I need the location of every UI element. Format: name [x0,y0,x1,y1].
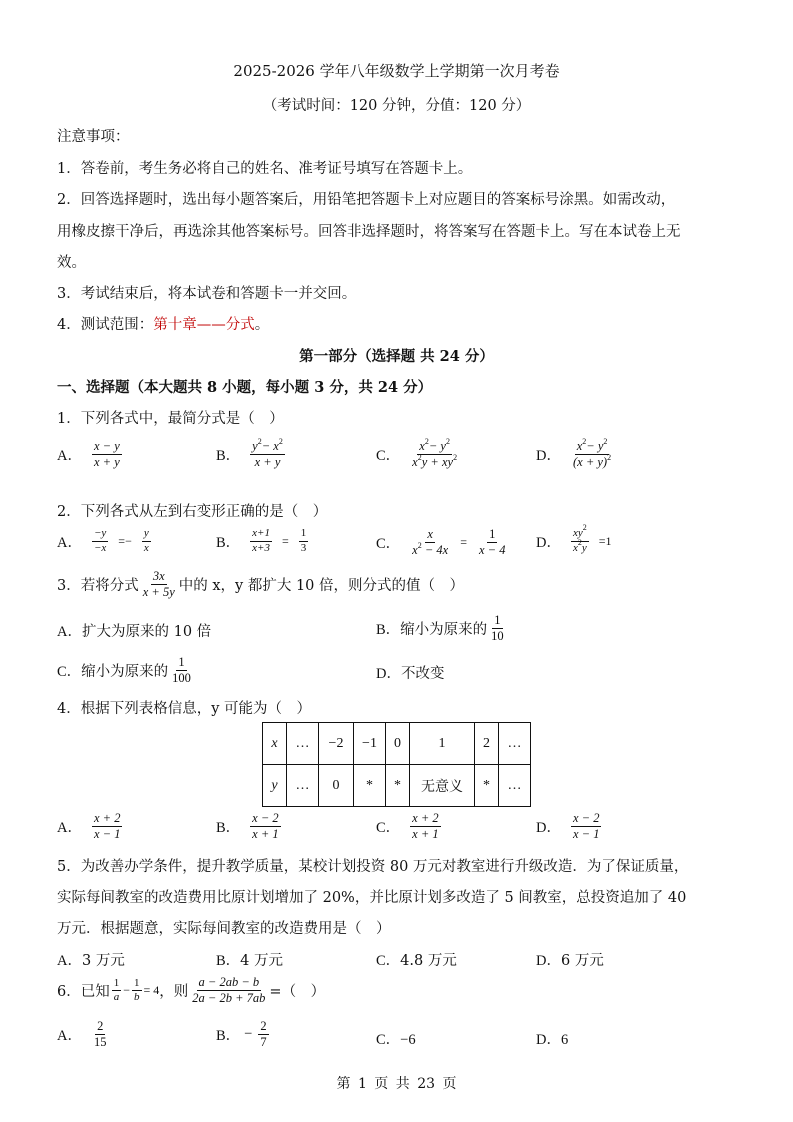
question-4: 4．根据下列表格信息，y 可能为（ ） [57,697,311,718]
q6-option-d[interactable]: D．6 [536,1028,568,1049]
q1-option-d[interactable]: D． x2− y2(x + y)2 [536,440,615,469]
question-2: 2．下列各式从左到右变形正确的是（ ） [57,500,327,521]
part1-heading: 第一部分（选择题 共 24 分） [0,345,793,366]
q2-option-d[interactable]: D． xy2x2y=1 [536,528,612,554]
q4-option-a[interactable]: A． x + 2x − 1 [57,812,124,841]
question-1: 1．下列各式中，最简分式是（ ） [57,407,284,428]
notice-heading: 注意事项： [57,125,130,146]
q6-option-c[interactable]: C．−6 [376,1028,416,1049]
notice-item-2-cont: 用橡皮擦干净后，再选涂其他答案标号。回答非选择题时，将答案写在答题卡上。写在本试… [57,220,681,241]
question-3: 3．若将分式 3xx + 5y 中的 x，y 都扩大 10 倍，则分式的值（ ） [57,570,464,599]
q6-option-a[interactable]: A． 215 [57,1020,110,1049]
q3-fraction: 3xx + 5y [141,570,177,599]
scope-value: 第十章——分式 [153,317,255,333]
q2b-expr: x+1x+3 [250,528,272,554]
q6-option-b[interactable]: B． − 27 [216,1020,271,1049]
exam-subtitle: （考试时间：120 分钟，分值：120 分） [0,94,793,115]
question-6: 6．已知 1a−1b= 4 ，则 a − 2ab − b2a − 2b + 7a… [57,976,325,1005]
scope-prefix: 4．测试范围： [57,317,153,333]
q3-option-a[interactable]: A．扩大为原来的 10 倍 [57,620,211,641]
notice-item-4: 4．测试范围：第十章——分式。 [57,313,269,334]
q1-option-a[interactable]: A． x − yx + y [57,440,124,469]
q2-option-b[interactable]: B． x+1x+3=13 [216,528,310,554]
notice-item-1: 1．答卷前，考生务必将自己的姓名、准考证号填写在答题卡上。 [57,157,472,178]
q6-fraction: a − 2ab − b2a − 2b + 7ab [190,976,267,1005]
q6-condition: 1a [112,978,122,1004]
q1-number: 1． [57,411,81,427]
q5-option-a[interactable]: A．3 万元 [57,949,125,970]
q5-option-d[interactable]: D．6 万元 [536,949,604,970]
q1-option-b[interactable]: B． y2− x2x + y [216,440,287,469]
q4-option-c[interactable]: C． x + 2x + 1 [376,812,443,841]
table-row-x: x … −2 −1 0 1 2 … [263,723,531,765]
table-row-y: y … 0 * * 无意义 * … [263,765,531,807]
page-footer: 第 1 页 共 23 页 [0,1073,793,1093]
question-5-line-3: 万元．根据题意，实际每间教室的改造费用是（ ） [57,917,391,938]
q1-option-c[interactable]: C． x2− y2x2y + xy2 [376,440,461,469]
q5-option-c[interactable]: C．4.8 万元 [376,949,457,970]
q3-option-b[interactable]: B．缩小为原来的 110 [376,614,508,643]
q1-stem: 下列各式中，最简分式是（ ） [81,411,284,427]
question-5-line-1: 5．为改善办学条件，提升教学质量，某校计划投资 80 万元对教室进行升级改造．为… [57,855,688,876]
q2-option-a[interactable]: A． −y−x=−yx [57,528,153,554]
q3-option-d[interactable]: D．不改变 [376,662,444,683]
q4-value-table: x … −2 −1 0 1 2 … y … 0 * * 无意义 * … [262,722,531,807]
q5-option-b[interactable]: B．4 万元 [216,949,283,970]
section-heading: 一、选择题（本大题共 8 小题，每小题 3 分，共 24 分） [57,376,432,397]
question-5-line-2: 实际每间教室的改造费用比原计划增加了 20%，并比原计划多改造了 5 间教室，总… [57,886,686,907]
q2-number: 2． [57,504,81,520]
scope-suffix: 。 [255,317,270,333]
q2-option-c[interactable]: C． xx2 − 4x=1x − 4 [376,528,509,557]
q2d-expr: xy2x2y [571,528,589,554]
exam-title: 2025-2026 学年八年级数学上学期第一次月考卷 [0,60,793,81]
q4-option-d[interactable]: D． x − 2x − 1 [536,812,603,841]
q2c-expr: xx2 − 4x [410,528,450,557]
notice-item-3: 3．考试结束后，将本试卷和答题卡一并交回。 [57,282,356,303]
q2-stem: 下列各式从左到右变形正确的是（ ） [81,504,328,520]
q3-option-c[interactable]: C．缩小为原来的 1100 [57,656,195,685]
notice-item-2-end: 效。 [57,251,86,272]
notice-item-2: 2．回答选择题时，选出每小题答案后，用铅笔把答题卡上对应题目的答案标号涂黑。如需… [57,188,675,209]
q4-option-b[interactable]: B． x − 2x + 1 [216,812,283,841]
q2a-expr: −y−x [92,528,108,554]
